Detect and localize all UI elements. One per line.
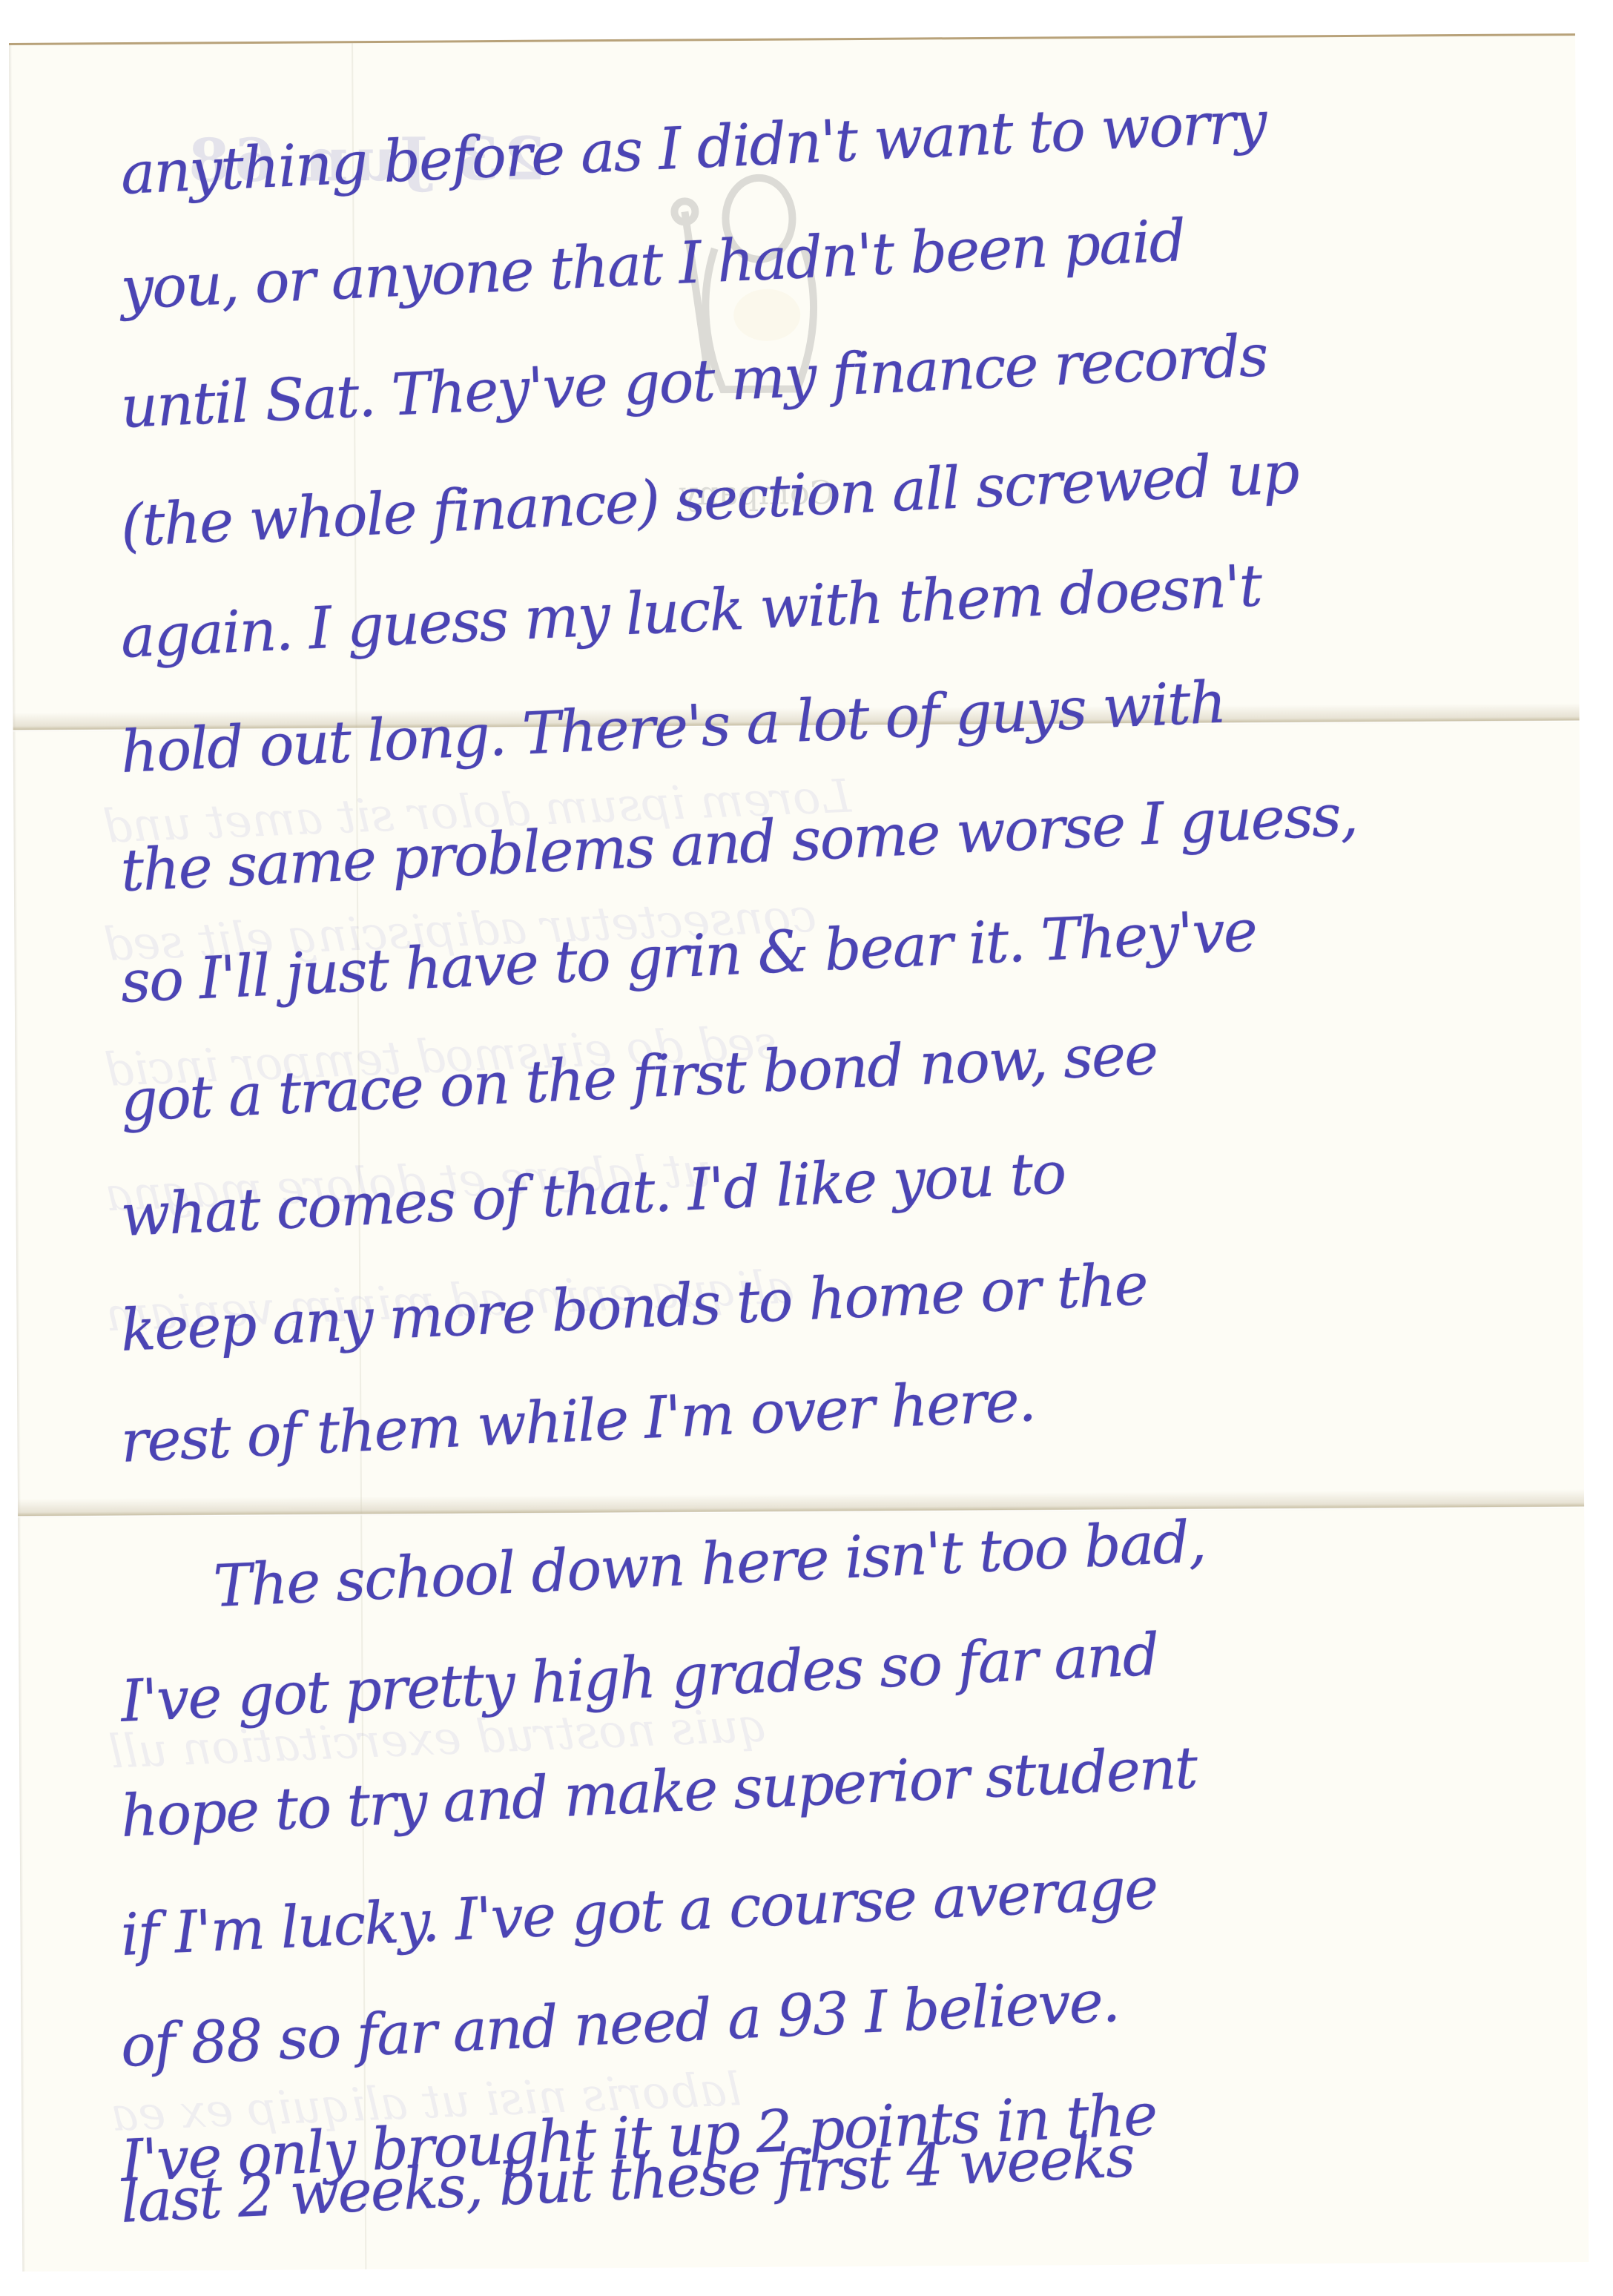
handwritten-line: what comes of that. I'd like you to bbox=[119, 1140, 1066, 1250]
handwritten-line: rest of them while I'm over here. bbox=[119, 1368, 1036, 1476]
handwritten-line: (the whole finance) section all screwed … bbox=[119, 440, 1299, 560]
handwritten-line: until Sat. They've got my finance record… bbox=[119, 323, 1268, 441]
handwritten-line: again. I guess my luck with them doesn't bbox=[119, 552, 1262, 671]
letter-body: anything before as I didn't want to worr… bbox=[0, 0, 1613, 2296]
handwritten-line: so I'll just have to grin & bear it. The… bbox=[119, 898, 1258, 1016]
handwritten-line: anything before as I didn't want to worr… bbox=[119, 89, 1267, 208]
handwritten-line: hold out long. There's a lot of guys wit… bbox=[119, 669, 1227, 786]
handwritten-line: The school down here isn't too bad, bbox=[212, 1508, 1207, 1620]
handwritten-line: the same problems and some worse I guess… bbox=[119, 782, 1358, 905]
handwritten-line: hope to try and make superior student bbox=[119, 1735, 1198, 1850]
handwritten-line: got a trace on the first bond now, see bbox=[119, 1021, 1158, 1135]
handwritten-line: keep any more bonds to home or the bbox=[119, 1251, 1149, 1365]
handwritten-line: if I'm lucky. I've got a course average bbox=[119, 1855, 1158, 1969]
handwritten-line: of 88 so far and need a 93 I believe. bbox=[119, 1968, 1120, 2080]
handwritten-line: you, or anyone that I hadn't been paid bbox=[119, 208, 1186, 323]
handwritten-line: I've got pretty high grades so far and bbox=[119, 1622, 1160, 1735]
